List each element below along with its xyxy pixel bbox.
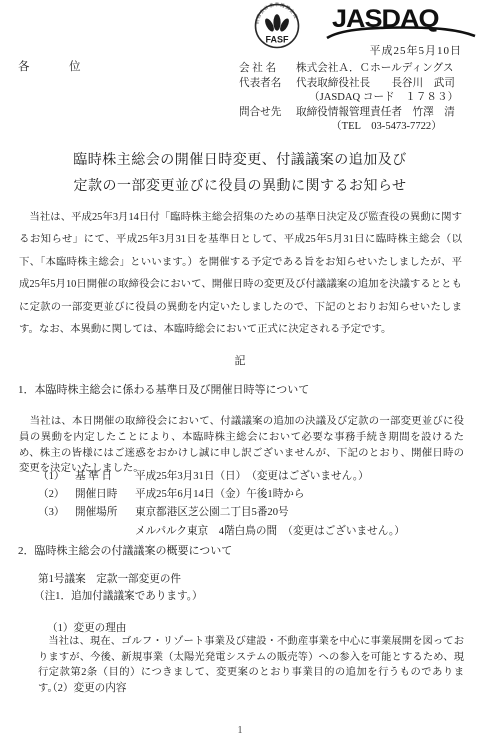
contact-row: 問合せ先 取締役情報管理責任者 竹澤 清 — [239, 106, 458, 121]
fasf-leaves-icon — [263, 14, 290, 33]
fasf-label: FASF — [265, 35, 289, 45]
contact-label: 問合せ先 — [239, 106, 287, 121]
fasf-badge-icon: 財務会計基準機構会員 FASF — [252, 2, 302, 50]
section2-heading: 2．臨時株主総会の付議議案の概要について — [18, 542, 232, 558]
item3-value-line2: メルパルク東京 4階白鳥の間 （変更はございません。） — [135, 523, 405, 541]
meeting-datetime-item: （2） 開催日時 平成25年6月14日（金）午後1時から — [38, 486, 405, 504]
meeting-place-item: （3） 開催場所 東京都港区芝公園二丁目5番20号 — [38, 504, 405, 522]
item3-value: 東京都港区芝公園二丁目5番20号 — [135, 504, 289, 522]
document-title-line2: 定款の一部変更並びに役員の異動に関するお知らせ — [0, 174, 480, 200]
record-mark: 記 — [0, 352, 480, 368]
item2-label: 開催日時 — [75, 486, 125, 504]
telephone-value: （TEL 03-5473-7722） — [239, 120, 442, 135]
amendment-reason-heading: （1）変更の理由 — [47, 620, 126, 635]
salutation: 各 位 — [18, 58, 95, 74]
representative-value: 代表取締役社長 長谷川 武司 — [296, 77, 455, 92]
jasdaq-logo: JASDAQ — [326, 5, 476, 41]
section1-items: （1） 基 準 日 平成25年3月31日（日） （変更はございません。） （2）… — [38, 468, 405, 541]
item2-number: （2） — [38, 486, 65, 504]
amendment-content-heading: （2）変更の内容 — [47, 680, 126, 695]
item1-label: 基 準 日 — [75, 468, 125, 486]
fasf-logo: 財務会計基準機構会員 FASF — [252, 2, 302, 50]
document-title-line1: 臨時株主総会の開催日時変更、付議議案の追加及び — [0, 148, 480, 174]
company-name-value: 株式会社Ａ．Ｃホールディングス — [296, 62, 454, 77]
company-name-row: 会 社 名 株式会社Ａ．Ｃホールディングス — [239, 62, 458, 77]
item2-value: 平成25年6月14日（金）午後1時から — [135, 486, 305, 504]
document-date: 平成25年5月10日 — [370, 42, 463, 58]
section1-heading: 1．本臨時株主総会に係わる基準日及び開催日時等について — [18, 381, 309, 397]
contact-value: 取締役情報管理責任者 竹澤 清 — [296, 106, 455, 121]
jasdaq-swoosh-icon — [326, 5, 476, 41]
record-date-item: （1） 基 準 日 平成25年3月31日（日） （変更はございません。） — [38, 468, 405, 486]
proposal1-note: （注1．追加付議議案であります。） — [34, 588, 203, 603]
stock-code-value: （JASDAQ コード １７８３） — [239, 91, 458, 106]
representative-label: 代表者名 — [239, 77, 287, 92]
meeting-place-continued: メルパルク東京 4階白鳥の間 （変更はございません。） — [38, 523, 405, 541]
stock-code-row: （JASDAQ コード １７８３） — [239, 91, 458, 106]
telephone-row: （TEL 03-5473-7722） — [239, 120, 458, 135]
item3-number: （3） — [38, 504, 65, 522]
item1-value: 平成25年3月31日（日） （変更はございません。） — [135, 468, 369, 486]
representative-row: 代表者名 代表取締役社長 長谷川 武司 — [239, 77, 458, 92]
document-title: 臨時株主総会の開催日時変更、付議議案の追加及び 定款の一部変更並びに役員の異動に… — [0, 148, 480, 200]
intro-paragraph: 当社は、平成25年3月14日付「臨時株主総会招集のための基準日決定及び監査役の異… — [19, 207, 462, 341]
company-name-label: 会 社 名 — [239, 62, 287, 77]
document-page: 財務会計基準機構会員 FASF JASDAQ 平成25年5月10日 各 位 会 … — [0, 0, 480, 746]
page-number: 1 — [0, 725, 480, 736]
item3-label: 開催場所 — [75, 504, 125, 522]
item1-number: （1） — [38, 468, 65, 486]
proposal1-title: 第1号議案 定款一部変更の件 — [38, 571, 181, 586]
company-info-block: 会 社 名 株式会社Ａ．Ｃホールディングス 代表者名 代表取締役社長 長谷川 武… — [239, 62, 458, 135]
